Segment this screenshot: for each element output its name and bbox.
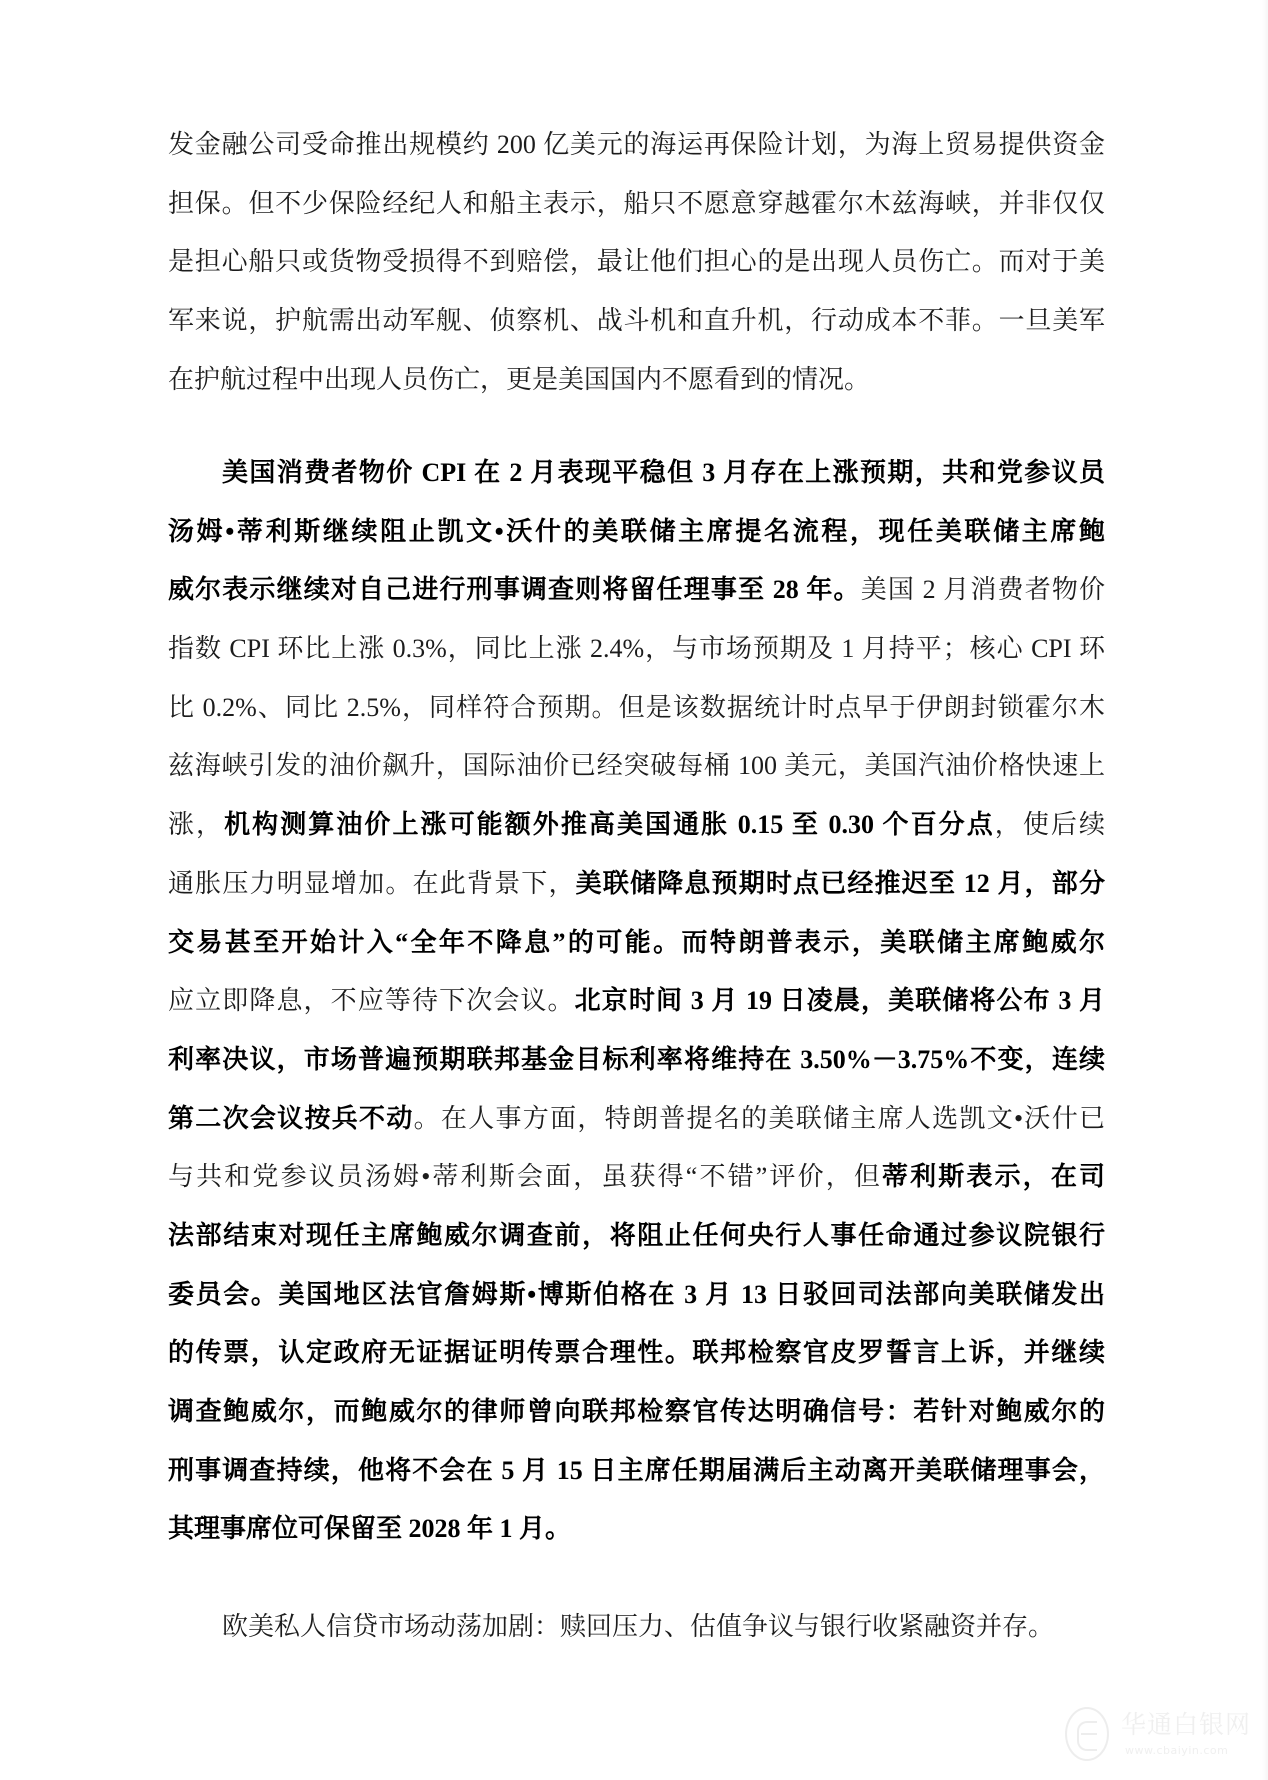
text-line: 交易甚至开始计入“全年不降息”的可能。而特朗普表示，美联储主席鲍威尔 xyxy=(168,914,1105,973)
text-line: 军来说，护航需出动军舰、侦察机、战斗机和直升机，行动成本不菲。一旦美军 xyxy=(168,292,1105,351)
text-line: 应立即降息，不应等待下次会议。北京时间 3 月 19 日凌晨，美联储将公布 3 … xyxy=(168,972,1105,1031)
site-logo-icon xyxy=(1065,1707,1109,1761)
text-run: ，使后续 xyxy=(995,810,1105,839)
text-line: 通胀压力明显增加。在此背景下，美联储降息预期时点已经推迟至 12 月，部分 xyxy=(168,855,1105,914)
text-line: 是担心船只或货物受损得不到赔偿，最让他们担心的是出现人员伤亡。而对于美 xyxy=(168,233,1105,292)
text-line: 第二次会议按兵不动。在人事方面，特朗普提名的美联储主席人选凯文•沃什已 xyxy=(168,1090,1105,1149)
text-run: 军来说，护航需出动军舰、侦察机、战斗机和直升机，行动成本不菲。一旦美军 xyxy=(168,306,1105,335)
text-line: 法部结束对现任主席鲍威尔调查前，将阻止任何央行人事任命通过参议院银行 xyxy=(168,1207,1105,1266)
bold-text-run: 利率决议，市场普遍预期联邦基金目标利率将维持在 3.50%－3.75%不变，连续 xyxy=(168,1045,1105,1074)
text-run: 指数 CPI 环比上涨 0.3%，同比上涨 2.4%，与市场预期及 1 月持平；… xyxy=(168,634,1105,663)
text-line: 刑事调查持续，他将不会在 5 月 15 日主席任期届满后主动离开美联储理事会， xyxy=(168,1442,1105,1501)
text-line: 美国消费者物价 CPI 在 2 月表现平稳但 3 月存在上涨预期，共和党参议员 xyxy=(168,444,1105,503)
text-line: 汤姆•蒂利斯继续阻止凯文•沃什的美联储主席提名流程，现任美联储主席鲍 xyxy=(168,503,1105,562)
bold-text-run: 刑事调查持续，他将不会在 5 月 15 日主席任期届满后主动离开美联储理事会， xyxy=(168,1456,1105,1485)
paragraph-private-credit: 欧美私人信贷市场动荡加剧：赎回压力、估值争议与银行收紧融资并存。 xyxy=(168,1598,1105,1657)
text-run: 通胀压力明显增加。在此背景下， xyxy=(168,869,576,898)
text-run: 担保。但不少保险经纪人和船主表示，船只不愿意穿越霍尔木兹海峡，并非仅仅 xyxy=(168,189,1105,218)
text-run: 涨， xyxy=(168,810,224,839)
bold-text-run: 北京时间 3 月 19 日凌晨，美联储将公布 3 月 xyxy=(575,986,1105,1015)
watermark-site-name: 华通白银网 xyxy=(1121,1711,1251,1739)
paragraph-shipping-insurance: 发金融公司受命推出规模约 200 亿美元的海运再保险计划，为海上贸易提供资金 担… xyxy=(168,116,1105,409)
text-line: 威尔表示继续对自己进行刑事调查则将留任理事至 28 年。美国 2 月消费者物价 xyxy=(168,561,1105,620)
bold-text-run: 美国消费者物价 CPI 在 2 月表现平稳但 3 月存在上涨预期，共和党参议员 xyxy=(222,458,1105,487)
text-run: 比 0.2%、同比 2.5%，同样符合预期。但是该数据统计时点早于伊朗封锁霍尔木 xyxy=(168,693,1105,722)
bold-text-run: 机构测算油价上涨可能额外推高美国通胀 0.15 至 0.30 个百分点 xyxy=(224,810,995,839)
bold-text-run: 蒂利斯表示，在司 xyxy=(882,1162,1105,1191)
text-line: 利率决议，市场普遍预期联邦基金目标利率将维持在 3.50%－3.75%不变，连续 xyxy=(168,1031,1105,1090)
text-line: 委员会。美国地区法官詹姆斯•博斯伯格在 3 月 13 日驳回司法部向美联储发出 xyxy=(168,1266,1105,1325)
text-line: 发金融公司受命推出规模约 200 亿美元的海运再保险计划，为海上贸易提供资金 xyxy=(168,116,1105,175)
text-run: 在护航过程中出现人员伤亡，更是美国国内不愿看到的情况。 xyxy=(168,365,870,394)
text-line: 兹海峡引发的油价飙升，国际油价已经突破每桶 100 美元，美国汽油价格快速上 xyxy=(168,737,1105,796)
bold-text-run: 的传票，认定政府无证据证明传票合理性。联邦检察官皮罗誓言上诉，并继续 xyxy=(168,1338,1105,1367)
text-line: 的传票，认定政府无证据证明传票合理性。联邦检察官皮罗誓言上诉，并继续 xyxy=(168,1324,1105,1383)
text-run: 欧美私人信贷市场动荡加剧：赎回压力、估值争议与银行收紧融资并存。 xyxy=(222,1612,1054,1641)
text-line: 指数 CPI 环比上涨 0.3%，同比上涨 2.4%，与市场预期及 1 月持平；… xyxy=(168,620,1105,679)
bold-text-run: 调查鲍威尔，而鲍威尔的律师曾向联邦检察官传达明确信号：若针对鲍威尔的 xyxy=(168,1397,1105,1426)
text-run: 是担心船只或货物受损得不到赔偿，最让他们担心的是出现人员伤亡。而对于美 xyxy=(168,247,1105,276)
bold-text-run: 第二次会议按兵不动 xyxy=(168,1104,414,1133)
text-run: 美国 2 月消费者物价 xyxy=(861,575,1105,604)
text-run: 发金融公司受命推出规模约 200 亿美元的海运再保险计划，为海上贸易提供资金 xyxy=(168,130,1105,159)
bold-text-run: 委员会。美国地区法官詹姆斯•博斯伯格在 3 月 13 日驳回司法部向美联储发出 xyxy=(168,1280,1105,1309)
watermark-url: www.cbaiyin.com xyxy=(1125,1745,1228,1757)
bold-text-run: 威尔表示继续对自己进行刑事调查则将留任理事至 28 年。 xyxy=(168,575,861,604)
text-line: 比 0.2%、同比 2.5%，同样符合预期。但是该数据统计时点早于伊朗封锁霍尔木 xyxy=(168,679,1105,738)
text-line: 涨，机构测算油价上涨可能额外推高美国通胀 0.15 至 0.30 个百分点，使后… xyxy=(168,796,1105,855)
watermark: 华通白银网 www.cbaiyin.com xyxy=(1063,1705,1263,1765)
bold-text-run: 美联储降息预期时点已经推迟至 12 月，部分 xyxy=(576,869,1105,898)
text-line: 在护航过程中出现人员伤亡，更是美国国内不愿看到的情况。 xyxy=(168,351,1105,410)
text-run: 兹海峡引发的油价飙升，国际油价已经突破每桶 100 美元，美国汽油价格快速上 xyxy=(168,751,1105,780)
bold-text-run: 其理事席位可保留至 2028 年 1 月。 xyxy=(168,1514,571,1543)
paragraph-us-cpi-fed: 美国消费者物价 CPI 在 2 月表现平稳但 3 月存在上涨预期，共和党参议员 … xyxy=(168,444,1105,1559)
text-line: 欧美私人信贷市场动荡加剧：赎回压力、估值争议与银行收紧融资并存。 xyxy=(168,1598,1105,1657)
text-run: 应立即降息，不应等待下次会议。 xyxy=(168,986,575,1015)
text-run: 。在人事方面，特朗普提名的美联储主席人选凯文•沃什已 xyxy=(414,1104,1105,1133)
bold-text-run: 汤姆•蒂利斯继续阻止凯文•沃什的美联储主席提名流程，现任美联储主席鲍 xyxy=(168,517,1105,546)
bold-text-run: 交易甚至开始计入“全年不降息”的可能。而特朗普表示，美联储主席鲍威尔 xyxy=(168,928,1105,957)
text-line: 调查鲍威尔，而鲍威尔的律师曾向联邦检察官传达明确信号：若针对鲍威尔的 xyxy=(168,1383,1105,1442)
text-line: 与共和党参议员汤姆•蒂利斯会面，虽获得“不错”评价，但蒂利斯表示，在司 xyxy=(168,1148,1105,1207)
document-page: 发金融公司受命推出规模约 200 亿美元的海运再保险计划，为海上贸易提供资金 担… xyxy=(0,0,1268,1780)
text-line: 担保。但不少保险经纪人和船主表示，船只不愿意穿越霍尔木兹海峡，并非仅仅 xyxy=(168,175,1105,234)
bold-text-run: 法部结束对现任主席鲍威尔调查前，将阻止任何央行人事任命通过参议院银行 xyxy=(168,1221,1105,1250)
text-run: 与共和党参议员汤姆•蒂利斯会面，虽获得“不错”评价，但 xyxy=(168,1162,882,1191)
text-line: 其理事席位可保留至 2028 年 1 月。 xyxy=(168,1500,1105,1559)
